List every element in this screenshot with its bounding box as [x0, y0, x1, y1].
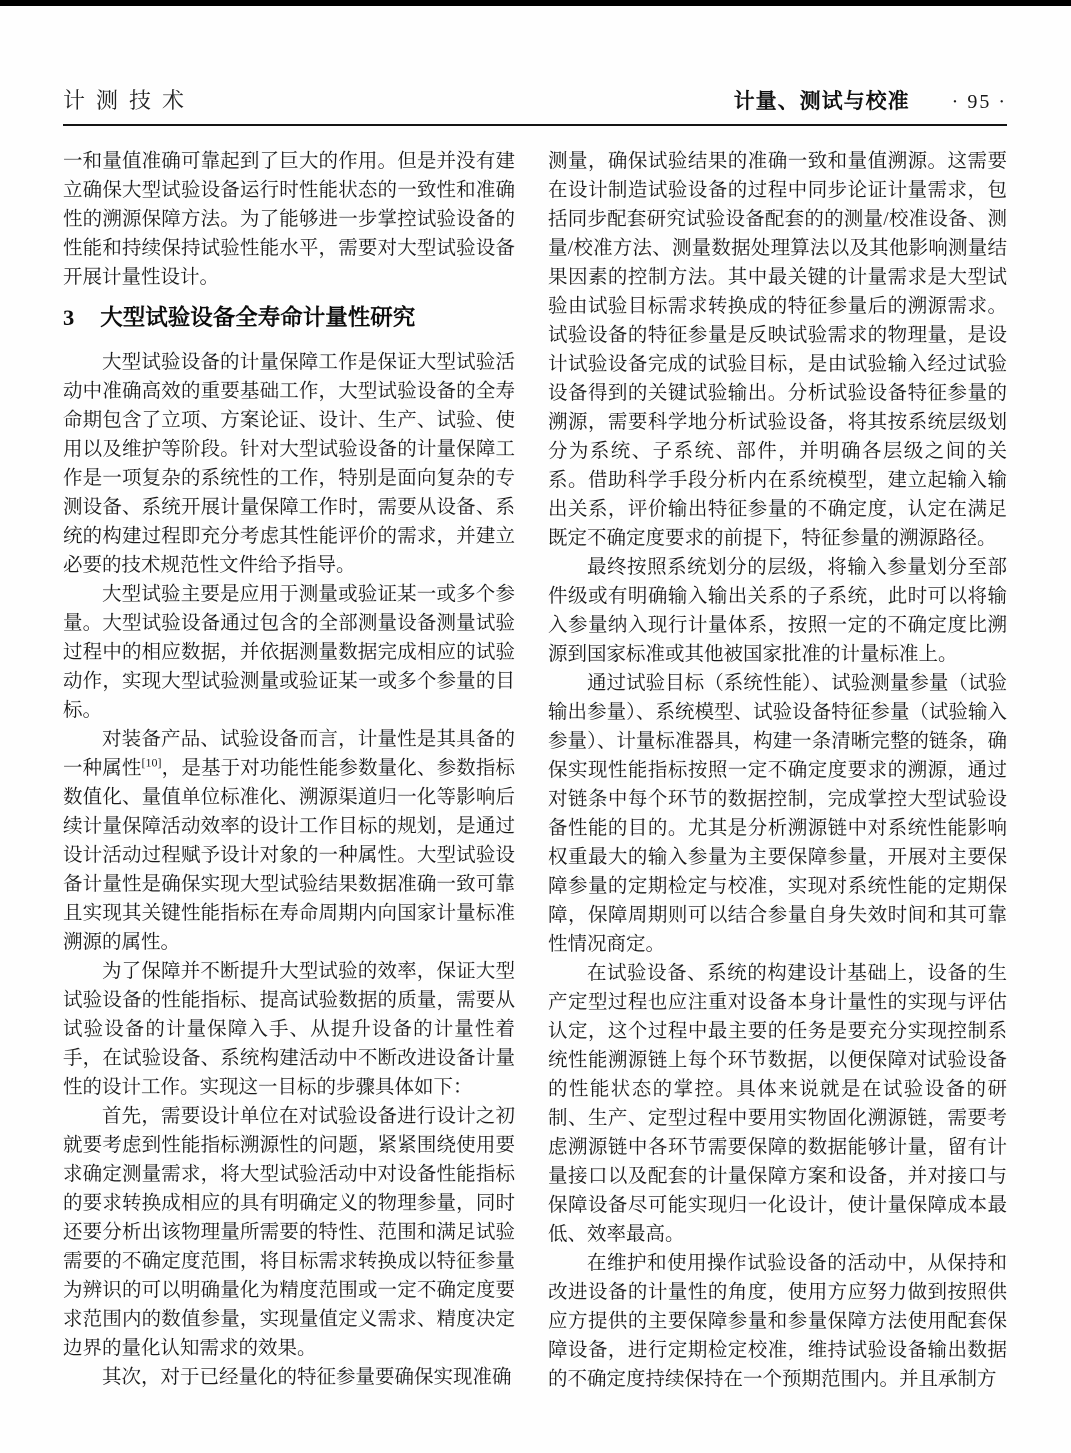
scan-edge-bar [0, 0, 1071, 6]
left-column: 一和量值准确可靠起到了巨大的作用。但是并没有建立确保大型试验设备运行时性能状态的… [63, 147, 515, 1394]
paragraph-text: ，是基于对功能性能参数量化、参数指标数值化、量值单位标准化、溯源渠道归一化等影响… [63, 758, 515, 953]
body-paragraph: 通过试验目标（系统性能）、试验测量参量（试验输出参量）、系统模型、试验设备特征参… [548, 669, 1007, 959]
body-paragraph: 一和量值准确可靠起到了巨大的作用。但是并没有建立确保大型试验设备运行时性能状态的… [63, 147, 515, 292]
section-title: 大型试验设备全寿命计量性研究 [100, 305, 415, 331]
body-paragraph: 首先，需要设计单位在对试验设备进行设计之初就要考虑到性能指标溯源性的问题，紧紧围… [63, 1102, 515, 1363]
section-number: 3 [63, 305, 74, 330]
journal-title: 计测技术 [63, 84, 195, 115]
body-paragraph: 大型试验主要是应用于测量或验证某一或多个参量。大型试验设备通过包含的全部测量设备… [63, 580, 515, 725]
body-paragraph: 在维护和使用操作试验设备的活动中，从保持和改进设备的计量性的角度，使用方应努力做… [548, 1249, 1007, 1394]
page-number: · 95 · [952, 91, 1007, 114]
section-heading: 3大型试验设备全寿命计量性研究 [63, 303, 515, 333]
body-paragraph: 最终按照系统划分的层级，将输入参量划分至部件级或有明确输入输出关系的子系统，此时… [548, 553, 1007, 669]
body-paragraph: 在试验设备、系统的构建设计基础上，设备的生产定型过程也应注重对设备本身计量性的实… [548, 959, 1007, 1249]
header-right-group: 计量、测试与校准 · 95 · [734, 85, 1007, 115]
two-column-body: 一和量值准确可靠起到了巨大的作用。但是并没有建立确保大型试验设备运行时性能状态的… [63, 147, 1007, 1394]
body-paragraph: 测量，确保试验结果的准确一致和量值溯源。这需要在设计制造试验设备的过程中同步论证… [548, 147, 1007, 553]
right-column: 测量，确保试验结果的准确一致和量值溯源。这需要在设计制造试验设备的过程中同步论证… [548, 147, 1007, 1394]
running-header: 计测技术 计量、测试与校准 · 95 · [63, 84, 1007, 126]
page-content: 计测技术 计量、测试与校准 · 95 · 一和量值准确可靠起到了巨大的作用。但是… [0, 0, 1071, 1394]
body-paragraph: 其次，对于已经量化的特征参量要确保实现准确 [63, 1363, 515, 1392]
body-paragraph: 大型试验设备的计量保障工作是保证大型试验活动中准确高效的重要基础工作，大型试验设… [63, 348, 515, 580]
citation-marker: [10] [142, 756, 162, 770]
scanned-paper-page: 计测技术 计量、测试与校准 · 95 · 一和量值准确可靠起到了巨大的作用。但是… [0, 0, 1071, 1453]
journal-section-label: 计量、测试与校准 [734, 85, 910, 115]
body-paragraph-with-citation: 对装备产品、试验设备而言，计量性是其具备的一种属性[10]，是基于对功能性能参数… [63, 725, 515, 957]
body-paragraph: 为了保障并不断提升大型试验的效率，保证大型试验设备的性能指标、提高试验数据的质量… [63, 957, 515, 1102]
